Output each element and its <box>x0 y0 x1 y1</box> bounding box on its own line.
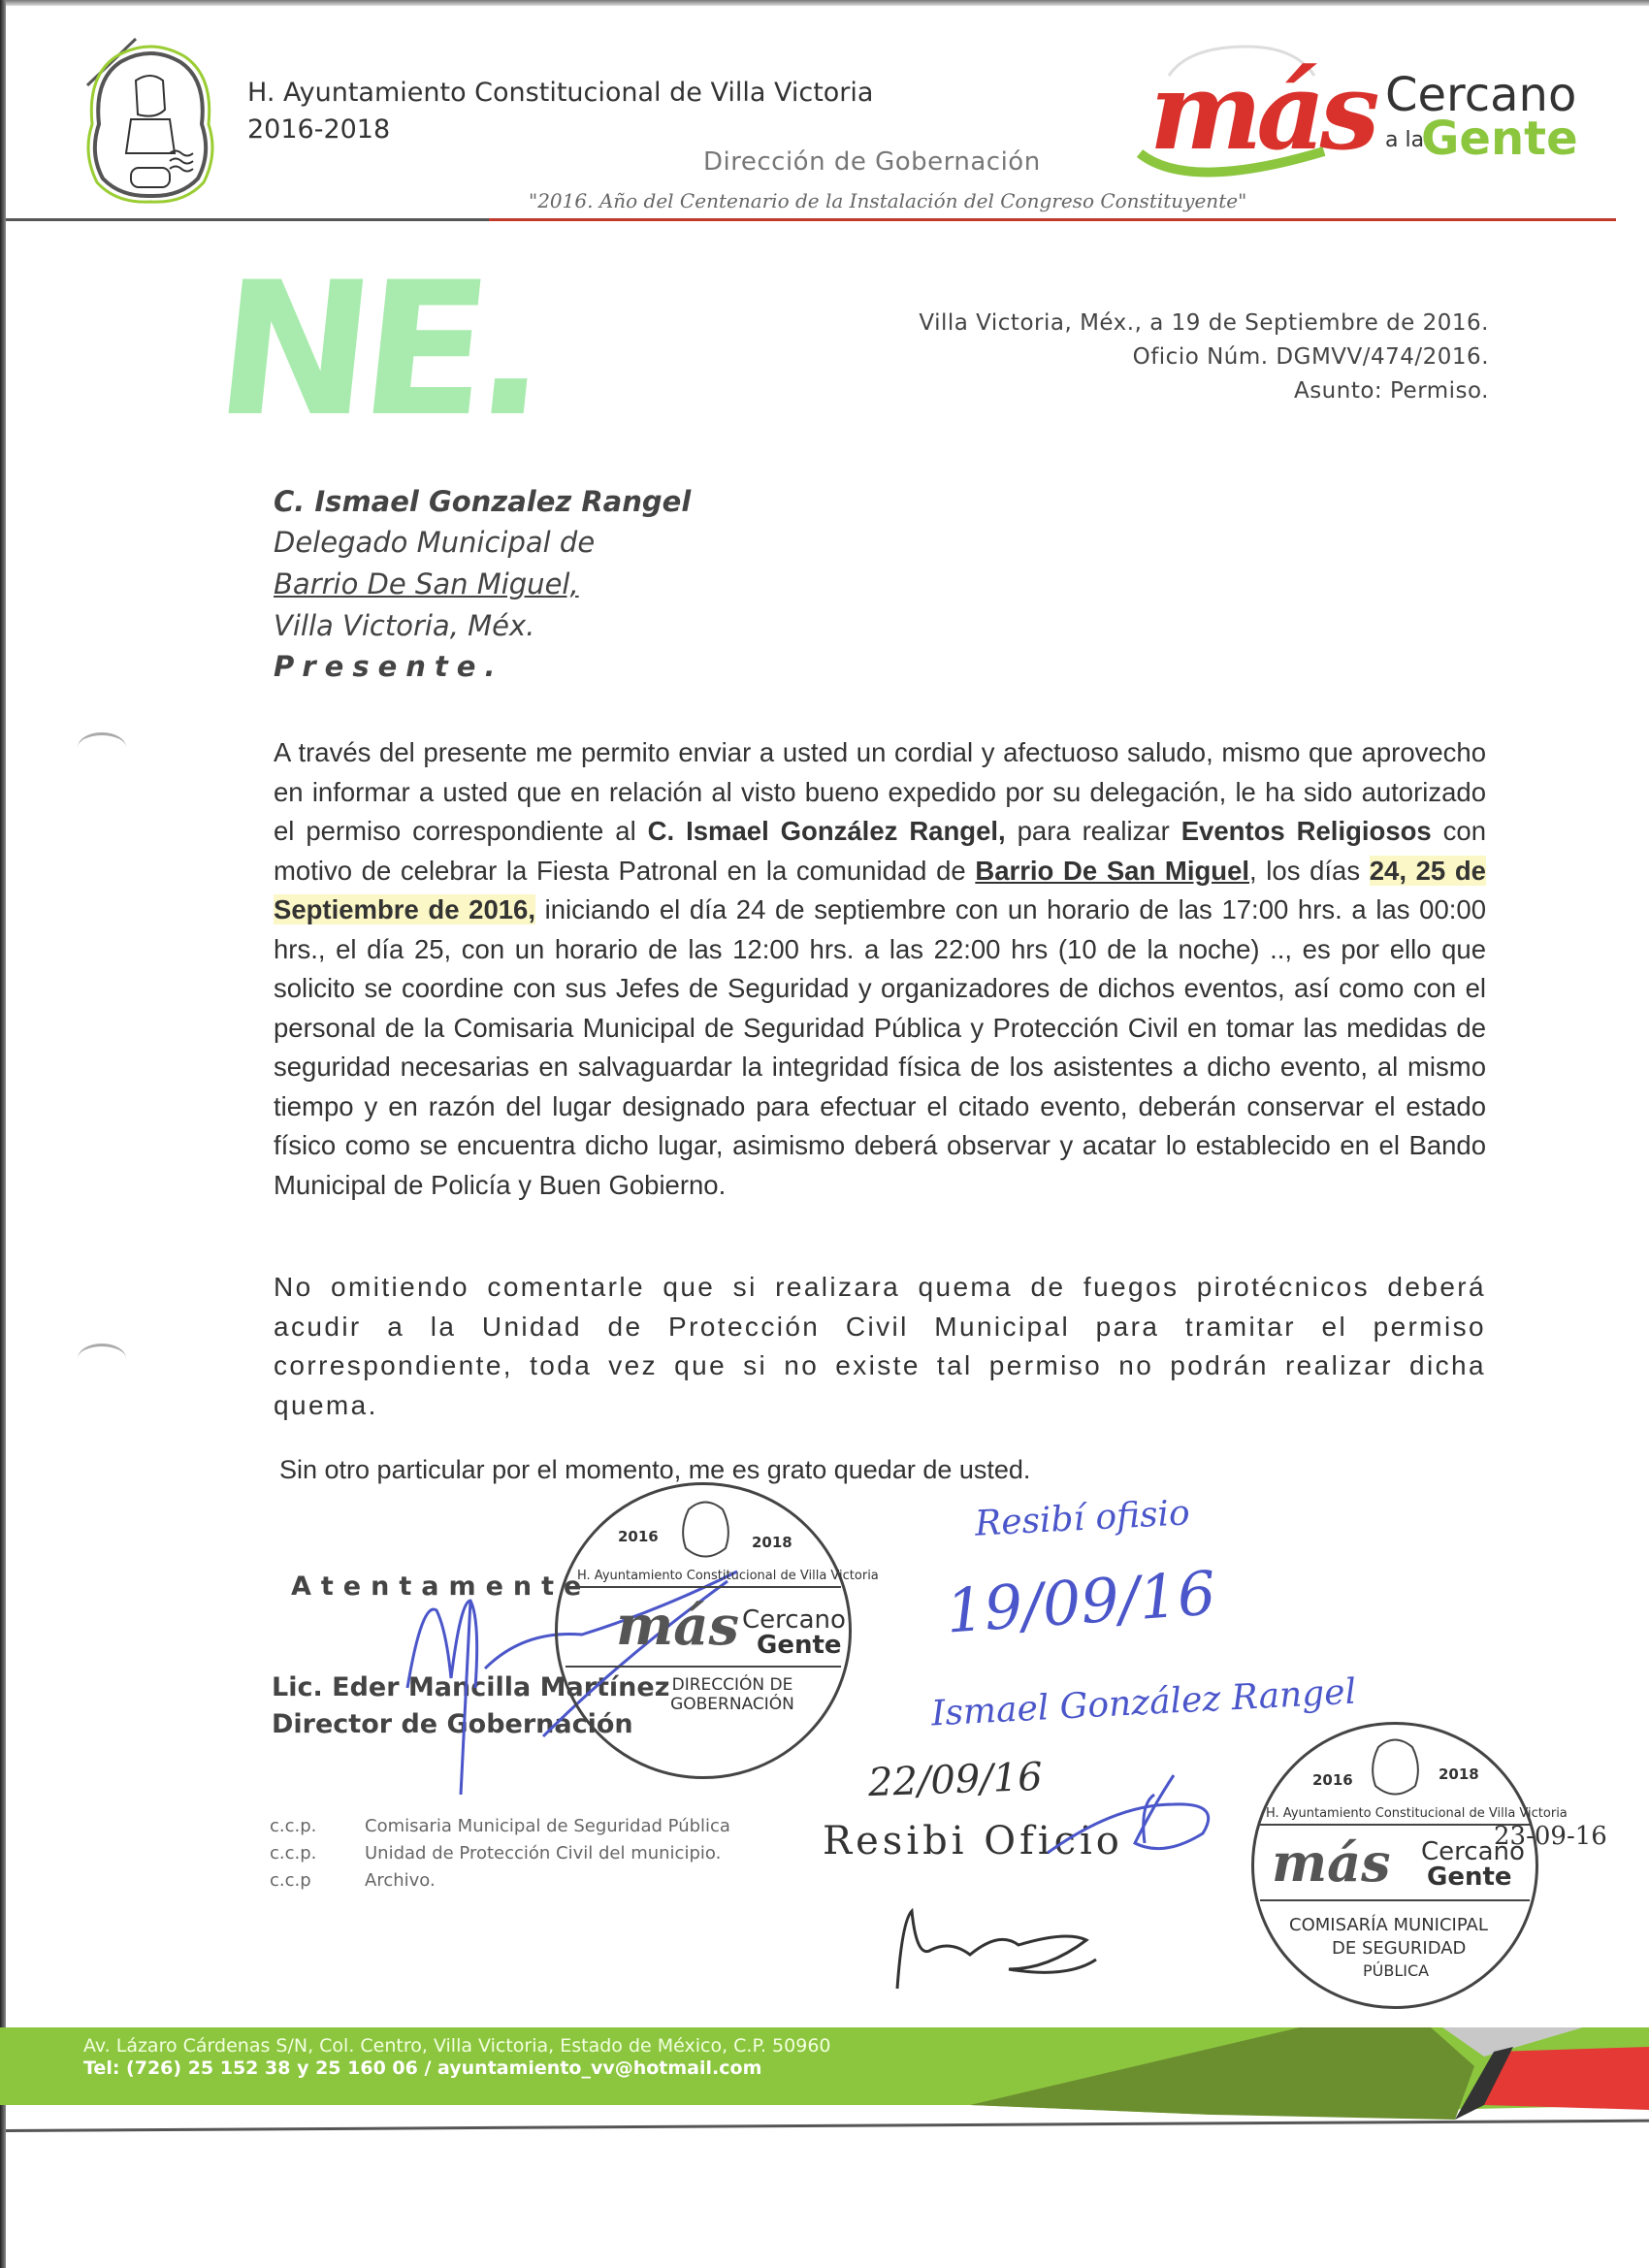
stamp-rule <box>1260 1824 1530 1826</box>
stamp-rule <box>566 1586 841 1588</box>
stamp-gente: Gente <box>1427 1863 1512 1892</box>
ccp-value: Unidad de Protección Civil del municipio… <box>365 1843 721 1863</box>
punch-hole <box>78 732 126 762</box>
ccp-item: c.c.p.Comisaria Municipal de Seguridad P… <box>270 1816 730 1836</box>
brand-gente: Gente <box>1421 112 1578 166</box>
salutation: Presente. <box>274 650 503 683</box>
stamp-gobernacion: 2016 2018 H. Ayuntamiento Constitucional… <box>555 1482 852 1779</box>
text: , los días <box>1249 856 1370 886</box>
stamp-seguridad-publica: 2016 2018 H. Ayuntamiento Constitucional… <box>1251 1722 1538 2009</box>
highlighter-annotation: NE. <box>207 243 550 457</box>
text: para realizar <box>1006 816 1181 846</box>
security-signature-icon <box>873 1901 1106 1998</box>
recipient-role: Delegado Municipal de <box>274 526 595 559</box>
stamp-department-line-3: PÚBLICA <box>1363 1961 1429 1980</box>
closing-line: Sin otro particular por el momento, me e… <box>279 1455 1030 1485</box>
text: iniciando el día 24 de septiembre con un… <box>274 894 1486 1200</box>
ccp-label: c.c.p. <box>270 1843 365 1863</box>
stamp-year-right: 2018 <box>752 1534 792 1551</box>
municipal-crest-icon <box>78 37 223 207</box>
body-paragraph-2: No omitiendo comentarle que si realizara… <box>274 1268 1486 1425</box>
ccp-item: c.c.p.Unidad de Protección Civil del mun… <box>270 1843 721 1863</box>
punch-hole <box>78 1344 126 1374</box>
stamp-department-line-2: DE SEGURIDAD <box>1332 1938 1466 1959</box>
handwritten-receiver-name: Ismael González Rangel <box>930 1672 1357 1734</box>
recipient-name: C. Ismael Gonzalez Rangel <box>274 485 691 518</box>
event-type: Eventos Religiosos <box>1181 816 1432 846</box>
ccp-value: Comisaria Municipal de Seguridad Pública <box>365 1816 730 1836</box>
institution-name: H. Ayuntamiento Constitucional de Villa … <box>247 78 873 108</box>
year-motto: "2016. Año del Centenario de la Instalac… <box>529 189 1246 212</box>
body-paragraph-1: A través del presente me permito enviar … <box>274 733 1486 1205</box>
recipient-city: Villa Victoria, Méx. <box>274 609 534 642</box>
receiver-signature-icon <box>1028 1766 1280 1872</box>
stamp-ring-text: H. Ayuntamiento Constitucional de Villa … <box>1266 1806 1568 1821</box>
community-name: Barrio De San Miguel <box>975 856 1249 886</box>
stamp-year-left: 2016 <box>1312 1771 1353 1789</box>
oficio-number: Oficio Núm. DGMVV/474/2016. <box>1133 344 1489 370</box>
handwritten-date-1: 19/09/16 <box>944 1557 1218 1646</box>
administration-period: 2016-2018 <box>247 114 390 145</box>
ccp-item: c.c.pArchivo. <box>270 1870 436 1891</box>
stamp-crest-icon <box>1369 1733 1422 1800</box>
stamp-mas: más <box>1272 1831 1391 1894</box>
place-date: Villa Victoria, Méx., a 19 de Septiembre… <box>919 310 1489 336</box>
stamp-mas: más <box>616 1594 739 1658</box>
stamp-department: DIRECCIÓN DE GOBERNACIÓN <box>664 1675 800 1714</box>
department-name: Dirección de Gobernación <box>703 147 1041 177</box>
footer-address: Av. Lázaro Cárdenas S/N, Col. Centro, Vi… <box>83 2035 831 2057</box>
ccp-label: c.c.p <box>270 1870 365 1891</box>
scan-edge-left <box>0 0 6 2268</box>
footer-contact: Tel: (726) 25 152 38 y 25 160 06 / ayunt… <box>83 2057 761 2079</box>
stamp-rule <box>566 1666 841 1668</box>
stamp-gente: Gente <box>757 1631 842 1660</box>
brand-mas: más <box>1149 58 1374 165</box>
ccp-label: c.c.p. <box>270 1816 365 1836</box>
beneficiary-name: C. Ismael González Rangel, <box>648 816 1006 846</box>
handwritten-date-2: 22/09/16 <box>867 1755 1043 1805</box>
scan-edge-top <box>0 0 1649 6</box>
brand-a-la: a la <box>1385 128 1424 152</box>
stamp-department-line-1: COMISARÍA MUNICIPAL <box>1289 1915 1488 1935</box>
subject: Asunto: Permiso. <box>1294 378 1489 404</box>
stamp-crest-icon <box>679 1495 732 1563</box>
ccp-value: Archivo. <box>365 1870 436 1891</box>
header-divider <box>6 218 1616 221</box>
stamp-year-left: 2016 <box>618 1528 659 1545</box>
recipient-community: Barrio De San Miguel, <box>274 567 579 600</box>
stamp-year-right: 2018 <box>1439 1766 1479 1783</box>
stamp-rule <box>1260 1899 1530 1901</box>
stamp-ring-text: H. Ayuntamiento Constitucional de Villa … <box>577 1569 879 1583</box>
handwritten-received-note: Resibí ofisio <box>974 1493 1191 1544</box>
handwritten-stamp-date: 23-09-16 <box>1494 1822 1607 1851</box>
